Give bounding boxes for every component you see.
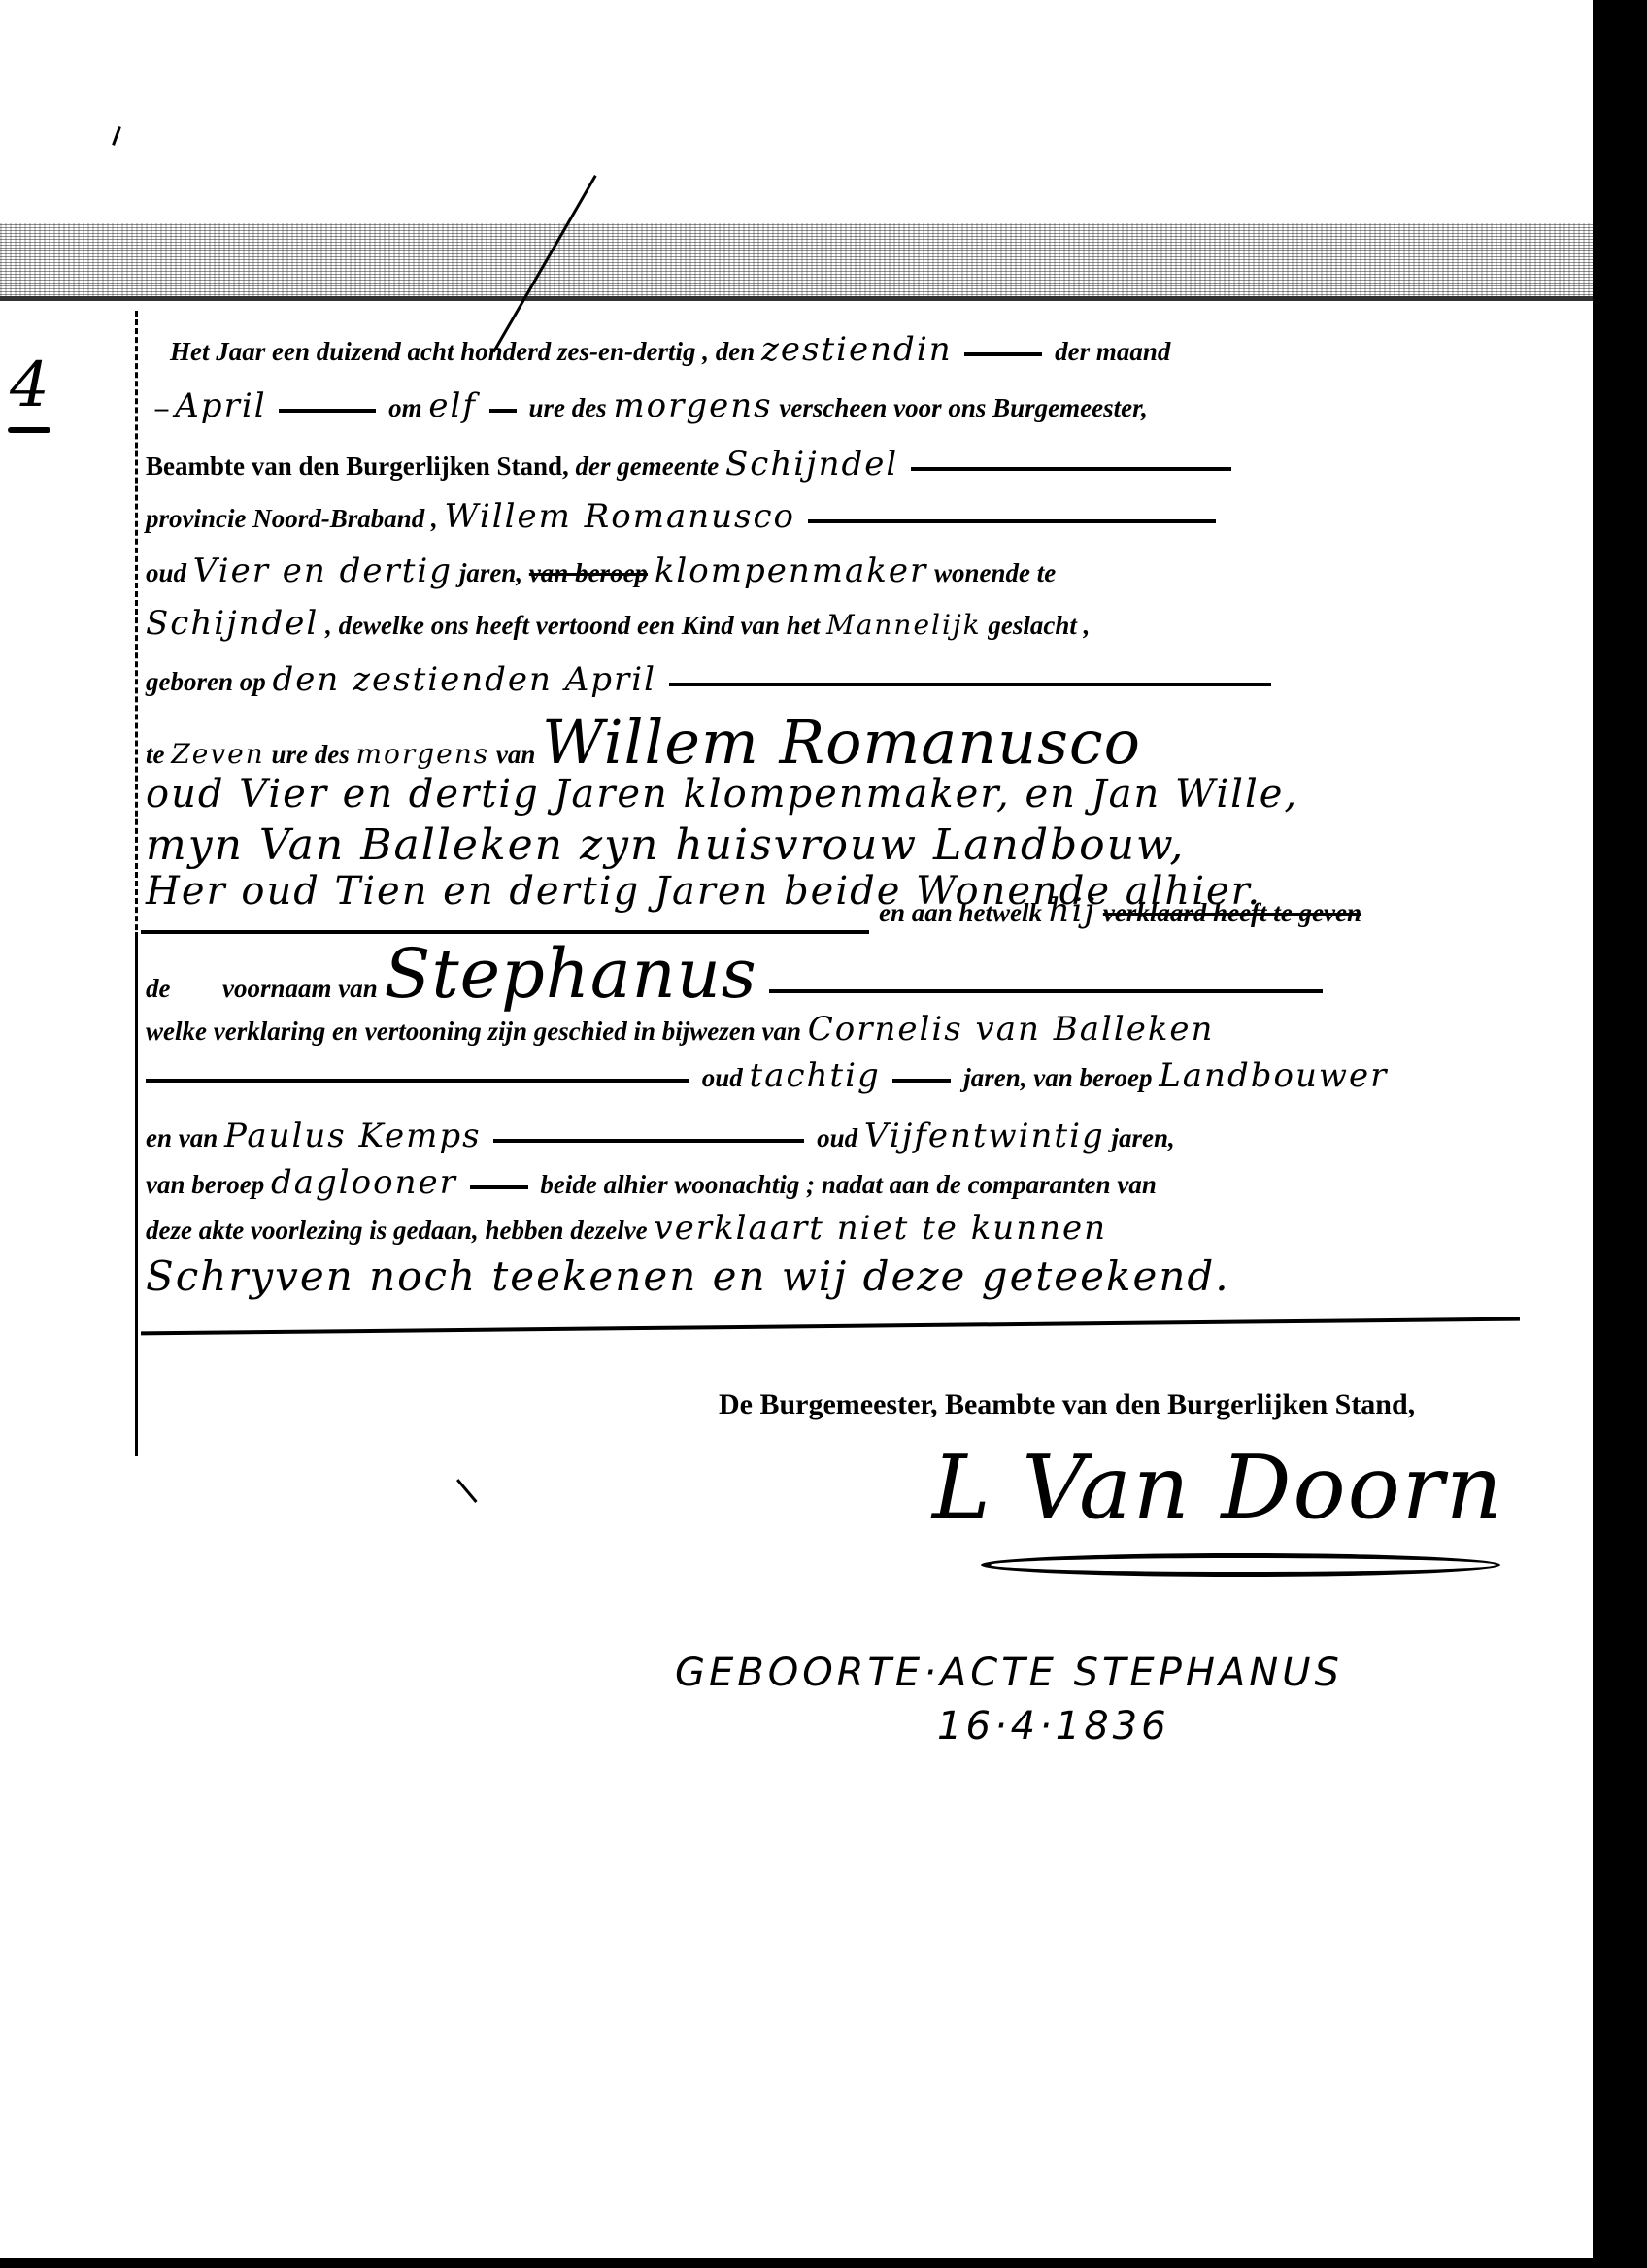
record-line-16: en van Paulus Kemps oud Vijfentwintig ja… [146, 1117, 1499, 1155]
closing-rule [141, 1317, 1520, 1336]
scanned-document-page: 4 Het Jaar een duizend acht honderd zes-… [0, 0, 1593, 2258]
record-line-15: oud tachtig jaren, van beroep Landbouwer [146, 1056, 1499, 1095]
annotation-title: GEBOORTE·ACTE STEPHANUS [675, 1651, 1343, 1695]
record-line-3: Beambte van den Burgerlijken Stand, der … [146, 445, 1499, 484]
record-line-19: Schryven noch teekenen en wij deze getee… [146, 1252, 1499, 1300]
record-line-14: welke verklaring en vertooning zijn gesc… [146, 1010, 1499, 1049]
left-margin-rule-solid [135, 932, 138, 1456]
record-line-7: geboren op den zestienden April [146, 660, 1499, 699]
record-line-10: myn Van Balleken zyn huisvrouw Landbouw, [146, 820, 1499, 870]
record-line-2: – April om elf ure des morgens verscheen… [155, 386, 1499, 425]
record-line-5: oud Vier en dertig jaren, van beroep klo… [146, 551, 1499, 590]
record-line-12: en aan hetwelk hij verklaard heeft te ge… [879, 891, 1499, 930]
record-line-13: de voornaam van Stephanus [146, 934, 1499, 1014]
pen-mark [112, 126, 121, 146]
annotation-date: 16·4·1836 [937, 1704, 1170, 1749]
mayor-signature: L Van Doorn [932, 1437, 1504, 1539]
scan-noise-band [0, 223, 1593, 301]
record-line-9: oud Vier en dertig Jaren klompenmaker, e… [146, 772, 1499, 817]
pen-mark [456, 1479, 478, 1503]
record-line-4: provincie Noord-Braband , Willem Romanus… [146, 497, 1499, 536]
record-line-17: van beroep daglooner beide alhier woonac… [146, 1163, 1499, 1202]
margin-record-number: 4 [10, 350, 50, 421]
signature-flourish [981, 1553, 1500, 1577]
record-line-8: te Zeven ure des morgens van Willem Roma… [146, 707, 1499, 778]
signature-caption: De Burgemeester, Beambte van den Burgerl… [719, 1388, 1415, 1421]
record-line-18: deze akte voorlezing is gedaan, hebben d… [146, 1209, 1499, 1248]
record-line-1: Het Jaar een duizend acht honderd zes-en… [170, 330, 1499, 369]
record-line-6: Schijndel , dewelke ons heeft vertoond e… [146, 604, 1499, 643]
margin-dash [8, 427, 50, 433]
